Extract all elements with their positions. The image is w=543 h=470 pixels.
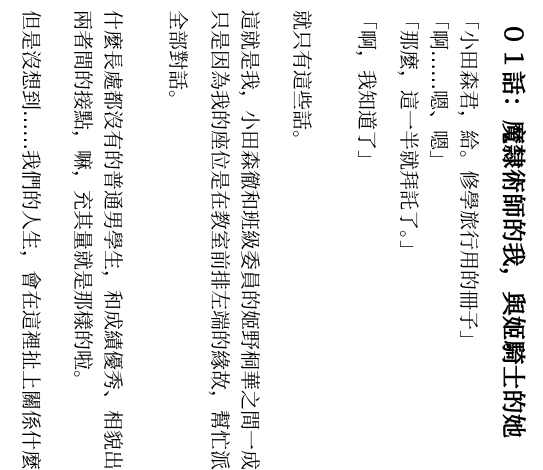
- narration-line: 這就是我，小田森徹和班級委員的姬野桐華之間一成: [235, 10, 265, 470]
- chapter-title: ０１話：魔隸術師的我，與姬騎士的她: [490, 22, 535, 470]
- narration-line: 兩者間的接點，嘛，充其量就是那樣的啦。: [68, 10, 98, 470]
- dialogue-line: 「啊……嗯、嗯」: [424, 10, 454, 470]
- narration-line: 什麼長處都沒有的普通男學生，和成績優秀、相貌出: [98, 10, 128, 470]
- narration-line: 就只有這些話。: [287, 10, 317, 470]
- dialogue-line: 「那麼，這一半就拜託了。」: [394, 10, 424, 470]
- dialogue-line: 「小田森君，給。修學旅行用的冊子」: [454, 10, 484, 470]
- narration-line: 但是沒想到……我們的人生，會在這裡扯上關係什麼的: [16, 10, 46, 470]
- narration-line: 只是因為我的座位是在教室前排左端的緣故，幫忙派: [205, 10, 235, 470]
- narration-line: 全部對話。: [163, 10, 193, 470]
- ebook-reader-viewport[interactable]: ０１話：魔隸術師的我，與姬騎士的她 「小田森君，給。修學旅行用的冊子」 「啊………: [0, 0, 543, 470]
- dialogue-line: 「啊，我知道了」: [352, 10, 382, 470]
- rotated-novel-page: ０１話：魔隸術師的我，與姬騎士的她 「小田森君，給。修學旅行用的冊子」 「啊………: [0, 0, 543, 470]
